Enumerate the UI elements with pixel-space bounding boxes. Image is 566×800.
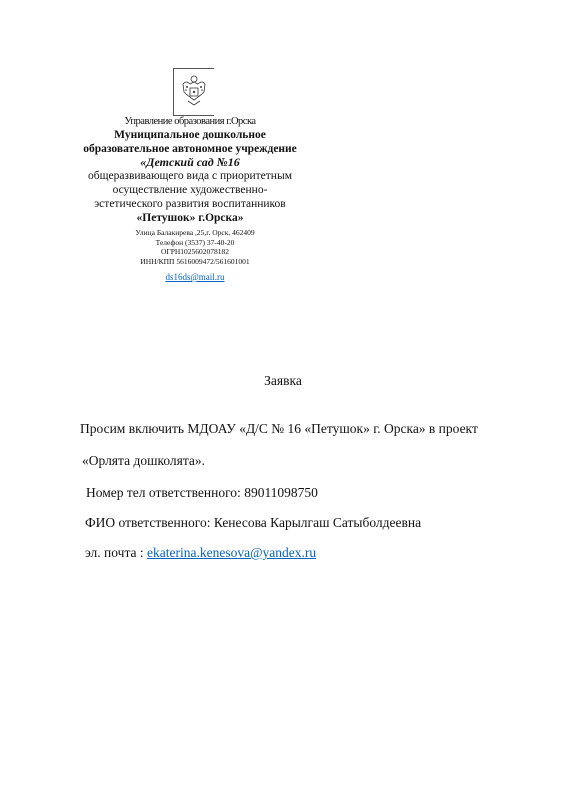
responsible-email-link[interactable]: ekaterina.kenesova@yandex.ru xyxy=(147,545,316,560)
document-title: Заявка xyxy=(0,373,566,389)
contact-block: Улица Балакирева ,25,г. Орск, 462409 Тел… xyxy=(110,228,280,266)
responsible-email: эл. почта : ekaterina.kenesova@yandex.ru xyxy=(85,545,316,561)
org-desc-line2: осуществление художественно- xyxy=(60,184,320,197)
request-line1: Просим включить МДОАУ «Д/С № 16 «Петушок… xyxy=(80,421,478,437)
eagle-icon xyxy=(180,74,208,106)
email-label: эл. почта : xyxy=(85,545,144,560)
name-value: Кенесова Карылгаш Сатыболдеевна xyxy=(214,515,421,530)
org-name-line3: «Детский сад №16 xyxy=(60,156,320,169)
phone-value: 89011098750 xyxy=(244,485,318,500)
phone: Телефон (3537) 37-40-20 xyxy=(110,238,280,248)
responsible-name: ФИО ответственного: Кенесова Карылгаш Са… xyxy=(85,515,421,531)
request-line2: «Орлята дошколята». xyxy=(82,453,205,469)
department-name: Управление образования г.Орска xyxy=(60,115,320,128)
org-desc-line1: общеразвивающего вида с приоритетным xyxy=(60,170,320,183)
address: Улица Балакирева ,25,г. Орск, 462409 xyxy=(110,228,280,238)
org-desc-line3: эстетического развития воспитанников xyxy=(60,198,320,211)
inn-kpp: ИНН/КПП 5616009472/561601001 xyxy=(110,257,280,267)
phone-label: Номер тел ответственного: xyxy=(86,485,241,500)
name-label: ФИО ответственного: xyxy=(85,515,210,530)
coat-of-arms-icon xyxy=(173,68,219,116)
org-email-link[interactable]: ds16ds@mail.ru xyxy=(165,272,224,282)
ogrn: ОГРН1025602078182 xyxy=(110,247,280,257)
org-name-line4: «Петушок» г.Орска» xyxy=(60,212,320,225)
org-name-line1: Муниципальное дошкольное xyxy=(60,129,320,142)
responsible-phone: Номер тел ответственного: 89011098750 xyxy=(86,485,318,501)
